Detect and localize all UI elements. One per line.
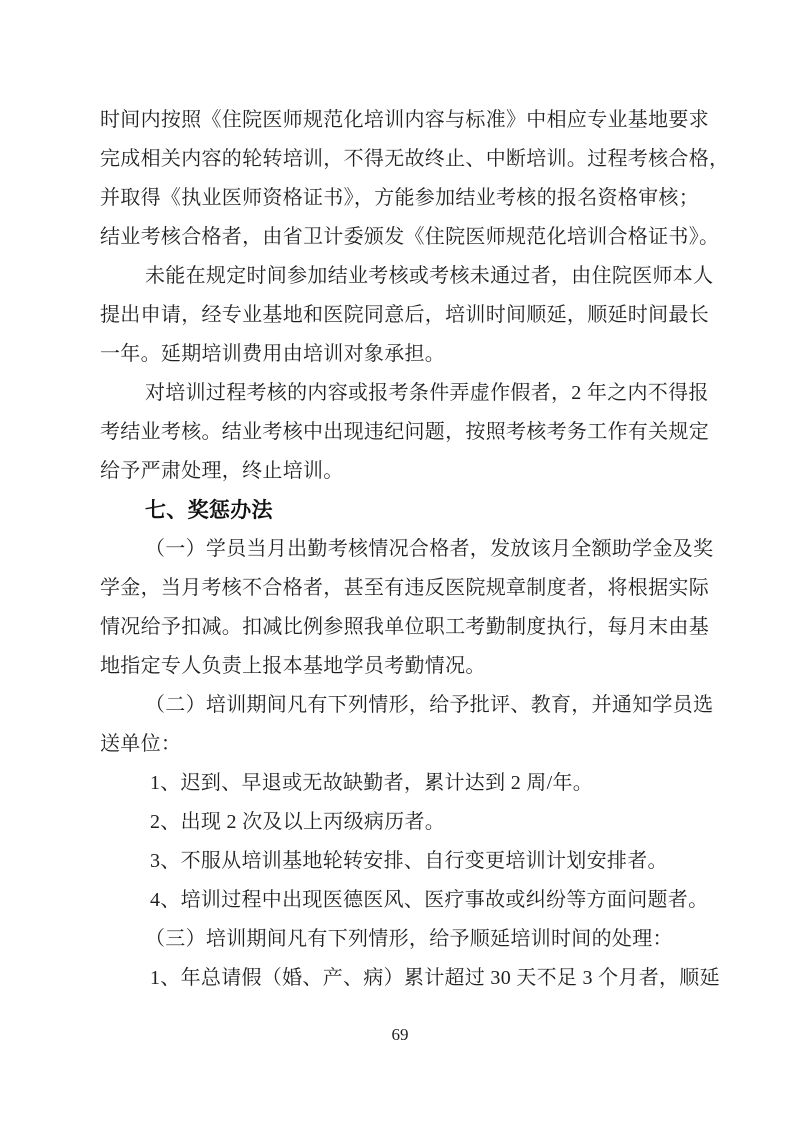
text-line: 学金，当月考核不合格者，甚至有违反医院规章制度者，将根据实际 <box>100 569 712 608</box>
text-line: 时间内按照《住院医师规范化培训内容与标准》中相应专业基地要求 <box>100 101 712 140</box>
text-line: （三）培训期间凡有下列情形，给予顺延培训时间的处理： <box>100 920 712 959</box>
list-item: 3、不服从培训基地轮转安排、自行变更培训计划安排者。 <box>100 842 712 881</box>
document-page: 时间内按照《住院医师规范化培训内容与标准》中相应专业基地要求 完成相关内容的轮转… <box>0 0 800 1129</box>
text-line: 情况给予扣减。扣减比例参照我单位职工考勤制度执行，每月末由基 <box>100 608 712 647</box>
text-line: 送单位： <box>100 725 712 764</box>
list-item: 2、出现 2 次及以上丙级病历者。 <box>100 803 712 842</box>
text-line: 结业考核合格者，由省卫计委颁发《住院医师规范化培训合格证书》。 <box>100 218 712 257</box>
text-line: 完成相关内容的轮转培训，不得无故终止、中断培训。过程考核合格， <box>100 140 712 179</box>
text-line: 一年。延期培训费用由培训对象承担。 <box>100 335 712 374</box>
text-line: 给予严肃处理，终止培训。 <box>100 452 712 491</box>
text-line: 未能在规定时间参加结业考核或考核未通过者，由住院医师本人 <box>100 257 712 296</box>
text-line: 考结业考核。结业考核中出现违纪问题，按照考核考务工作有关规定 <box>100 413 712 452</box>
list-item: 4、培训过程中出现医德医风、医疗事故或纠纷等方面问题者。 <box>100 881 712 920</box>
text-line: （一）学员当月出勤考核情况合格者，发放该月全额助学金及奖 <box>100 530 712 569</box>
section-heading: 七、奖惩办法 <box>100 491 712 530</box>
text-line: 地指定专人负责上报本基地学员考勤情况。 <box>100 647 712 686</box>
text-line: 对培训过程考核的内容或报考条件弄虚作假者，2 年之内不得报 <box>100 374 712 413</box>
list-item: 1、迟到、早退或无故缺勤者，累计达到 2 周/年。 <box>100 764 712 803</box>
list-item: 1、年总请假（婚、产、病）累计超过 30 天不足 3 个月者，顺延 <box>100 959 712 998</box>
text-line: （二）培训期间凡有下列情形，给予批评、教育，并通知学员选 <box>100 686 712 725</box>
document-body: 时间内按照《住院医师规范化培训内容与标准》中相应专业基地要求 完成相关内容的轮转… <box>100 101 712 998</box>
text-line: 提出申请，经专业基地和医院同意后，培训时间顺延，顺延时间最长 <box>100 296 712 335</box>
text-line: 并取得《执业医师资格证书》，方能参加结业考核的报名资格审核； <box>100 179 712 218</box>
page-number: 69 <box>0 1024 800 1046</box>
